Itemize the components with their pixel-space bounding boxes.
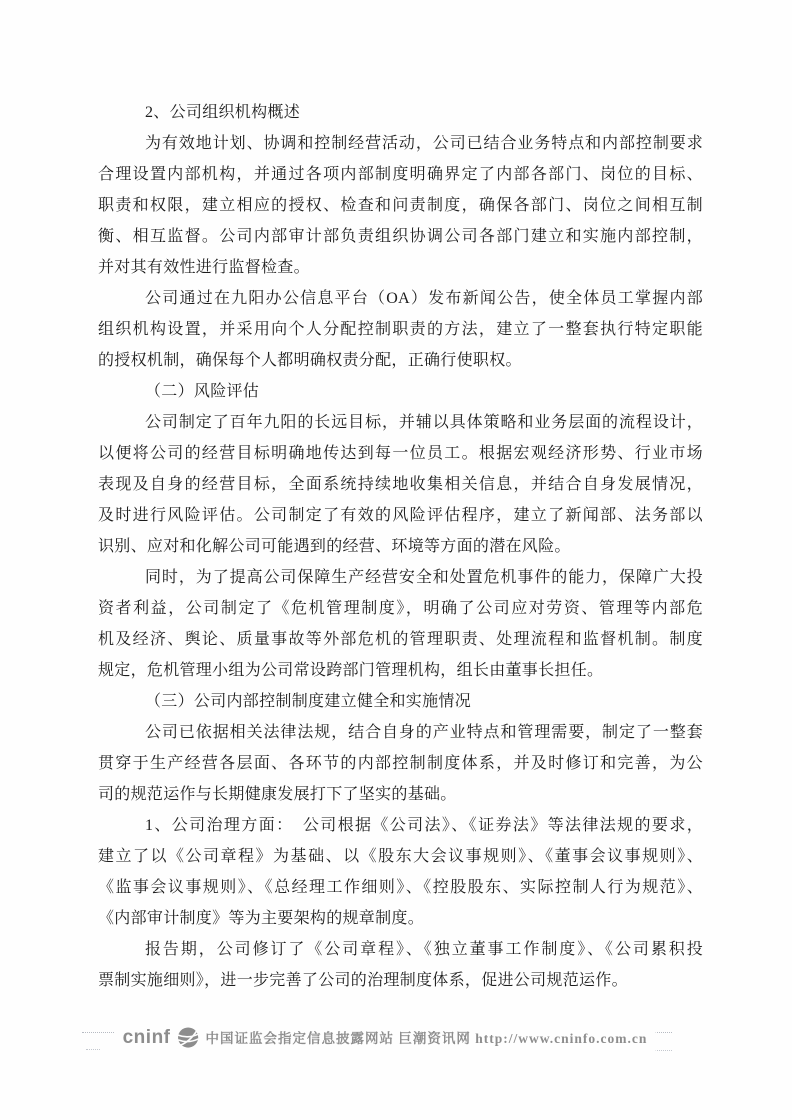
cninfo-logo-text: cninf <box>123 1028 171 1047</box>
text-line: 报告期，公司修订了《公司章程》、《独立董事工作制度》、《公司累积投 <box>98 934 703 965</box>
text-line: 《监事会议事规则》、《总经理工作细则》、《控股股东、实际控制人行为规范》、 <box>98 872 703 903</box>
text-line: 为有效地计划、协调和控制经营活动，公司已结合业务特点和内部控制要求 <box>98 128 703 159</box>
text-line: 票制实施细则》，进一步完善了公司的治理制度体系，促进公司规范运作。 <box>98 965 703 996</box>
text-line: 以便将公司的经营目标明确地传达到每一位员工。根据宏观经济形势、行业市场 <box>98 438 703 469</box>
text-line: 司的规范运作与长期健康发展打下了坚实的基础。 <box>98 779 703 810</box>
footer-dotted-fragment-left <box>86 1049 100 1050</box>
globe-icon <box>177 1026 200 1049</box>
text-line: 表现及自身的经营目标，全面系统持续地收集相关信息，并结合自身发展情况， <box>98 469 703 500</box>
text-line: 组织机构设置，并采用向个人分配控制职责的方法，建立了一整套执行特定职能 <box>98 314 703 345</box>
text-line: 1、公司治理方面： 公司根据《公司法》、《证券法》等法律法规的要求， <box>98 810 703 841</box>
text-line: 并对其有效性进行监督检查。 <box>98 252 703 283</box>
section-heading: （三）公司内部控制制度建立健全和实施情况 <box>98 686 703 717</box>
text-line: 及时进行风险评估。公司制定了有效的风险评估程序，建立了新闻部、法务部以 <box>98 500 703 531</box>
text-line: 职责和权限，建立相应的授权、检查和问责制度，确保各部门、岗位之间相互制 <box>98 190 703 221</box>
text-line: 的授权机制，确保每个人都明确权责分配，正确行使职权。 <box>98 345 703 376</box>
text-line: 《内部审计制度》等为主要架构的规章制度。 <box>98 903 703 934</box>
text-line: 机及经济、舆论、质量事故等外部危机的管理职责、处理流程和监督机制。制度 <box>98 624 703 655</box>
footer: cninf 中国证监会指定信息披露网站 巨潮资讯网 http://www.cni… <box>115 1022 656 1052</box>
text-line: 资者利益，公司制定了《危机管理制度》，明确了公司应对劳资、管理等内部危 <box>98 593 703 624</box>
text-line: 公司通过在九阳办公信息平台（OA）发布新闻公告，使全体员工掌握内部 <box>98 283 703 314</box>
text-line: 规定，危机管理小组为公司常设跨部门管理机构，组长由董事长担任。 <box>98 655 703 686</box>
text-line: 同时，为了提高公司保障生产经营安全和处置危机事件的能力，保障广大投 <box>98 562 703 593</box>
section-heading: （二）风险评估 <box>98 376 703 407</box>
text-line: 公司制定了百年九阳的长远目标，并辅以具体策略和业务层面的流程设计， <box>98 407 703 438</box>
text-line: 识别、应对和化解公司可能遇到的经营、环境等方面的潜在风险。 <box>98 531 703 562</box>
section-heading: 2、公司组织机构概述 <box>98 97 703 128</box>
footer-site-text: 中国证监会指定信息披露网站 巨潮资讯网 http://www.cninfo.co… <box>206 1027 648 1047</box>
text-line: 公司已依据相关法律法规，结合自身的产业特点和管理需要，制定了一整套 <box>98 717 703 748</box>
text-line: 建立了以《公司章程》为基础、以《股东大会议事规则》、《董事会议事规则》、 <box>98 841 703 872</box>
text-line: 合理设置内部机构，并通过各项内部制度明确界定了内部各部门、岗位的目标、 <box>98 159 703 190</box>
text-line: 衡、相互监督。公司内部审计部负责组织协调公司各部门建立和实施内部控制， <box>98 221 703 252</box>
document-body: 2、公司组织机构概述为有效地计划、协调和控制经营活动，公司已结合业务特点和内部控… <box>98 97 703 996</box>
document-page: 2、公司组织机构概述为有效地计划、协调和控制经营活动，公司已结合业务特点和内部控… <box>0 0 792 1120</box>
text-line: 贯穿于生产经营各层面、各环节的内部控制制度体系，并及时修订和完善，为公 <box>98 748 703 779</box>
